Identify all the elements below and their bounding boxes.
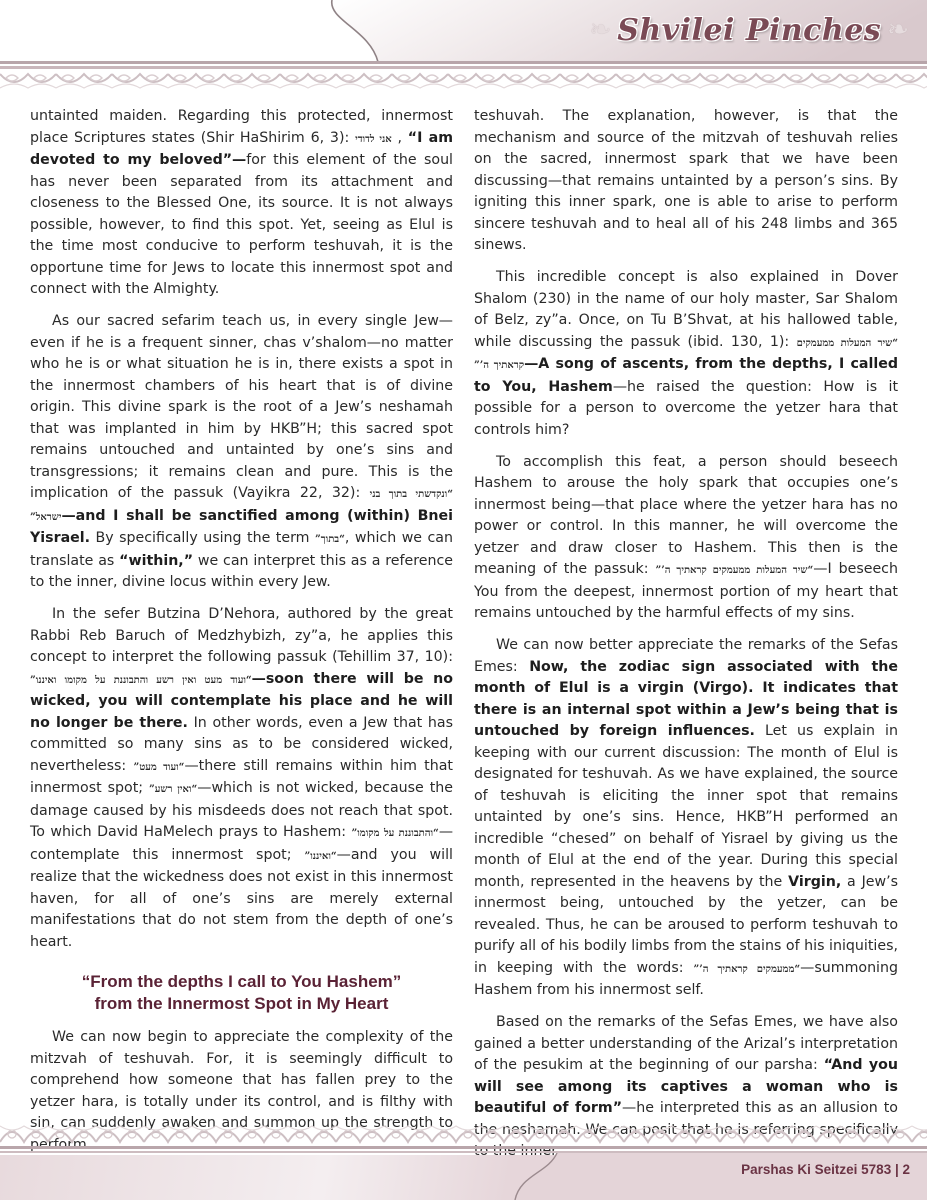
bold-term: “within,” [119,553,193,569]
subheading-line: “From the depths I call to You Hashem” [30,971,453,993]
publication-title: Shvilei Pinches [617,13,881,48]
header-title-group: ❧ Shvilei Pinches ❧ [589,8,909,52]
hebrew-quote: “שיר המעלות ממעמקים קראתיך ה’” [655,565,813,576]
right-text-column: teshuvah. The explanation, however, is t… [474,106,898,1173]
hebrew-quote: “ואיננו” [304,851,336,862]
section-subheading: “From the depths I call to You Hashem” f… [30,971,453,1015]
swirl-ornament-icon: ❧ [887,15,909,45]
text-run: As our sacred sefarim teach us, in every… [30,313,453,501]
hebrew-quote: “ועוד מעט” [133,762,184,773]
left-text-column: untainted maiden. Regarding this protect… [30,106,453,1167]
paragraph: To accomplish this feat, a person should… [474,452,898,625]
text-run: To accomplish this feat, a person should… [474,454,898,578]
paragraph: teshuvah. The explanation, however, is t… [474,106,898,257]
hebrew-quote: “ממעמקים קראתיך ה’” [694,964,801,975]
text-run: In the sefer Butzina D’Nehora, authored … [30,606,453,665]
paragraph: In the sefer Butzina D’Nehora, authored … [30,604,453,953]
hebrew-quote: “ועוד מעט ואין רשע והתבוננת על מקומו ואי… [30,675,252,686]
text-run: By specifically using the term [90,530,315,546]
bold-term: Virgin, [788,874,841,890]
page-footer-label: Parshas Ki Seitzei 5783 | 2 [741,1162,910,1177]
header-rule [0,66,927,69]
decorative-border-top [0,70,927,92]
text-run: Let us explain in keeping with our curre… [474,723,898,890]
subheading-line: from the Innermost Spot in My Heart [30,993,453,1015]
text-run: for this element of the soul has never b… [30,152,453,297]
header-rule [0,61,927,64]
text-run: , [392,130,408,146]
decorative-border-bottom [0,1122,927,1144]
paragraph: untainted maiden. Regarding this protect… [30,106,453,301]
page-header: ❧ Shvilei Pinches ❧ [0,0,927,100]
swirl-ornament-icon: ❧ [589,15,611,45]
hebrew-quote: “והתבוננת על מקומו” [352,828,439,839]
hebrew-quote: אני לדודי [355,134,392,145]
paragraph: We can now better appreciate the remarks… [474,635,898,1002]
text-run: teshuvah. The explanation, however, is t… [474,108,898,253]
paragraph: As our sacred sefarim teach us, in every… [30,311,453,594]
paragraph: This incredible concept is also explaine… [474,267,898,441]
hebrew-quote: “בתוך” [315,534,345,545]
footer-rule [0,1146,927,1149]
hebrew-quote: “ואין רשע” [149,784,197,795]
